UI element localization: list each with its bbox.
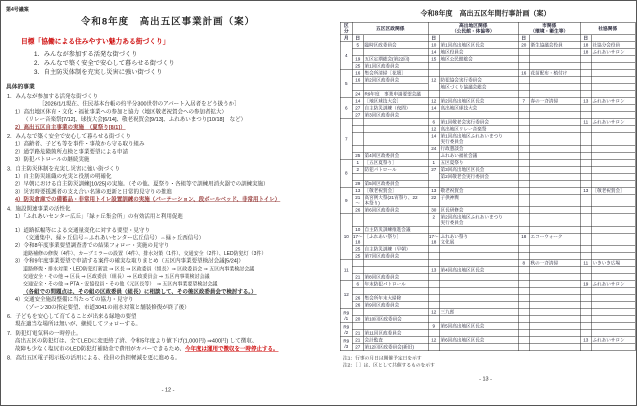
text-segment: 1）高齢者、子ども等を事件・事故から守る取り組み <box>15 141 145 147</box>
note-line: 注2：［ ］は、区として共催するものを示す <box>343 362 636 369</box>
event-cell: ふれあいサロン <box>591 281 635 288</box>
page-title-left: 令和8年度 高出五区事業計画（案） <box>1 14 335 28</box>
table-row: R9/321会計監査12第6回高出地区区長会13ふれあいサロン <box>340 337 635 344</box>
event-cell <box>591 194 635 207</box>
event-cell <box>591 330 635 337</box>
event-cell <box>529 274 580 281</box>
event-cell <box>591 173 635 180</box>
day-cell: 12 <box>428 126 439 133</box>
event-cell <box>529 173 580 180</box>
day-cell: 2 <box>428 214 439 227</box>
day-cell: 18 <box>580 42 591 49</box>
text-segment: 高出五区の防犯灯は、全てLEDに変更終了済、令和5年度より値下げ(1,000円)… <box>15 338 257 344</box>
day-cell <box>352 133 363 146</box>
event-cell: 行政懇談会 <box>439 145 518 152</box>
day-cell <box>518 323 529 330</box>
table-row: 25自主防災訓練（早朝） <box>340 246 635 253</box>
event-cell <box>363 145 428 152</box>
event-cell: ［五区夏祭り］ <box>363 159 428 166</box>
text-line: 2）高出五区自主事業の実施 （夏祭り[8/1]） <box>1 124 335 132</box>
event-cell: 第2回敬老会実行委員会 <box>439 173 518 180</box>
text-segment: 道路修復・排水対策・LED防犯灯新設 ⇒ 区長 ⇒ 区政委員（組長）⇒ 区政委員… <box>23 266 254 272</box>
text-segment: 7．防犯灯電気料の一時停止。 <box>7 330 82 336</box>
event-cell: 第4回高出地区区長会 <box>439 267 518 274</box>
sub-header-row: 月日日日日 <box>340 35 635 42</box>
day-cell: 12 <box>428 309 439 316</box>
event-cell <box>439 260 518 267</box>
day-cell: 14 <box>428 49 439 56</box>
event-cell <box>591 56 635 63</box>
text-segment: （各組での問題点は、その組の区政委員（組長）に相談して、その後区政委員会で検討す… <box>23 289 257 295</box>
day-cell <box>580 145 591 152</box>
event-cell <box>529 288 580 295</box>
text-line: 4）防災倉庫での備蓄品・非常用トイレ設置訓練の実施（パーテーション、段ボールベッ… <box>1 196 335 204</box>
day-cell <box>518 316 529 323</box>
page-number-left: - 12 - <box>1 387 335 393</box>
month-cell: R9/1 <box>340 309 352 323</box>
section-heading: 具体的事業 <box>6 83 335 91</box>
day-cell <box>428 63 439 70</box>
day-cell: 11 <box>580 260 591 267</box>
text-segment: 1）「ふれあいセンター広丘」「緑ヶ丘集会所」の有効活用と利用促進 <box>15 214 183 220</box>
table-row: 地区づくり協議会総会 <box>340 84 635 91</box>
event-cell <box>529 337 580 344</box>
event-cell: R9年度 事業申請要望会議 <box>363 91 428 98</box>
column-header: 高出地区関係（公民館・体協等） <box>428 22 518 35</box>
event-cell: 第4回区政委員会 <box>363 152 428 159</box>
day-cell <box>518 159 529 166</box>
text-line: 3．自主防災体制を充実し災害に強い街づくり <box>1 165 335 173</box>
table-row: 913［敬老祝賀会］13敬老祝賀会13［敬老祝賀会］ <box>340 187 635 194</box>
event-cell <box>591 152 635 159</box>
event-cell: 第3回区政委員会 <box>363 112 428 119</box>
text-segment: 3）防犯パトロールの継続実施 <box>15 157 89 163</box>
day-cell <box>580 112 591 119</box>
event-cell: 第10回区政委員会 <box>363 316 428 323</box>
event-cell: 衛生協議会役員 <box>529 42 580 49</box>
day-cell <box>518 194 529 207</box>
event-cell <box>529 295 580 302</box>
day-cell: 26 <box>352 207 363 214</box>
day-cell <box>518 302 529 309</box>
day-cell <box>580 77 591 84</box>
day-cell: 6 <box>428 119 439 126</box>
event-cell <box>363 323 428 330</box>
day-cell: 6 <box>352 281 363 288</box>
text-line: 1）高齢者、子ども等を事件・事故から守る取り組み <box>1 141 335 149</box>
day-cell: 13 <box>580 98 591 105</box>
day-cell: 25 <box>352 246 363 253</box>
column-header: 区分 <box>340 22 352 35</box>
event-cell <box>363 288 428 295</box>
event-cell: 第12回区政委員会(新旧) <box>363 344 428 351</box>
month-cell: 11 <box>340 260 352 281</box>
event-cell <box>529 152 580 159</box>
text-segment: （ゾーン30の指定要望、市道3041の雨水対策と舗装修復が終了後） <box>23 304 190 310</box>
day-cell <box>580 226 591 233</box>
day-cell <box>580 70 591 77</box>
table-row: 17～18［ふれあい祭り］17～18ふれあい祭り文化展18エコーウォーク <box>340 233 635 246</box>
day-cell <box>428 281 439 288</box>
day-cell <box>518 112 529 119</box>
day-cell: 11 <box>580 119 591 126</box>
event-cell <box>529 281 580 288</box>
day-cell: 13 <box>580 337 591 344</box>
annual-schedule-table: 区分五区区政関係高出地区関係（公民館・体協等）市関係（環境・衛生等）社協関係月日… <box>340 22 636 351</box>
event-cell <box>363 126 428 133</box>
day-cell <box>352 145 363 152</box>
event-cell <box>591 302 635 309</box>
text-line: （各組での問題点は、その組の区政委員（組長）に相談して、その後区政委員会で検討す… <box>1 288 335 296</box>
day-cell: 17～18 <box>428 233 439 246</box>
sub-header-cell <box>363 35 428 42</box>
event-cell: 花苗配布・植付け <box>529 70 580 77</box>
table-notes: 注1：行事の月日は開催予定日を示す注2：［ ］は、区として共催するものを示す <box>343 355 636 369</box>
day-cell <box>428 226 439 233</box>
day-cell <box>352 323 363 330</box>
event-cell <box>363 260 428 267</box>
table-row: 16第2回区政委員会12防犯協会実行委員会 <box>340 77 635 84</box>
day-cell <box>428 152 439 159</box>
sub-header-cell <box>529 35 580 42</box>
event-cell <box>439 274 518 281</box>
event-cell: 第1回高出地区区長会 <box>439 42 518 49</box>
day-cell <box>580 344 591 351</box>
text-line: 8．高出五区電子掲示板の活用による、役員の負担軽減を更に進める。 <box>1 355 335 363</box>
day-cell: 20 <box>352 316 363 323</box>
event-cell <box>591 267 635 274</box>
day-cell <box>580 233 591 246</box>
event-cell: 第2回高出地区ふれあいまつり実行委員会 <box>439 214 518 227</box>
month-cell: 12 <box>340 281 352 309</box>
sub-header-cell <box>591 35 635 42</box>
event-cell: 年末防犯パトロール <box>363 281 428 288</box>
day-cell: 14 <box>428 133 439 146</box>
text-segment: 2）早朝における自主防災訓練[10/25]の実施。（その他、夏祭り・各組等で訓練… <box>15 181 269 187</box>
text-segment: 現在適当な場所は無いが、継続してフォローする。 <box>15 321 141 327</box>
day-cell <box>580 63 591 70</box>
event-cell <box>591 246 635 253</box>
event-cell <box>529 91 580 98</box>
table-row: 2防犯パトロール27第3回高出地区区長会 <box>340 166 635 173</box>
day-cell <box>518 56 529 63</box>
table-row: 81［五区夏祭り］1五区夏祭り <box>340 159 635 166</box>
event-cell <box>591 77 635 84</box>
text-line: （リレー音楽祭[7/12]、球技大会[6/14]、敬老祝賀会[9/13]、ふれあ… <box>1 116 335 124</box>
event-cell <box>529 207 580 214</box>
day-cell <box>580 253 591 260</box>
text-segment: 交通安全・その他 ⇒ 区長 ⇒ 区政委員（組長）⇒ 区政委員会 ⇒ 五区内事業検… <box>23 274 209 280</box>
day-cell <box>580 267 591 274</box>
table-row: 24行政懇談会 <box>340 145 635 152</box>
event-cell: 自主防災訓練（夜間） <box>363 105 428 112</box>
day-cell <box>518 91 529 98</box>
day-cell: 25 <box>352 152 363 159</box>
text-segment: 1）高出地区体育・文化・福祉事業への参加と協力（地区敬老祝賀会への参加者拡大） <box>15 109 227 115</box>
day-cell <box>352 126 363 133</box>
day-cell <box>518 145 529 152</box>
event-cell <box>529 119 580 126</box>
event-cell: ふれあいサロン <box>591 119 635 126</box>
event-cell <box>529 56 580 63</box>
day-cell <box>518 330 529 337</box>
event-cell: 第8回区政委員会 <box>363 274 428 281</box>
day-cell <box>428 295 439 302</box>
day-cell: 25 <box>352 63 363 70</box>
day-cell <box>580 330 591 337</box>
sub-header-cell: 日 <box>428 35 439 42</box>
table-row: R9/112三九郎 <box>340 309 635 316</box>
event-cell <box>529 166 580 173</box>
event-cell <box>529 112 580 119</box>
text-line: 1）高出地区体育・文化・福祉事業への参加と協力（地区敬老祝賀会への参加者拡大） <box>1 108 335 116</box>
day-cell: 7 <box>518 98 529 105</box>
text-segment: 6．子どもを安心して育てることが出来る緑地の要望 <box>7 313 137 319</box>
day-cell: 24 <box>428 145 439 152</box>
day-cell: 18 <box>518 233 529 246</box>
event-cell <box>363 49 428 56</box>
day-cell <box>428 91 439 98</box>
day-cell <box>580 173 591 180</box>
day-cell <box>518 152 529 159</box>
page-13: 令和8年度 高出五区年間行事計画（案） 区分五区区政関係高出地区関係（公民館・体… <box>335 1 636 405</box>
event-cell <box>591 226 635 233</box>
table-row: 27自主防災訓練（夜間）14高出地区球技大会 <box>340 105 635 112</box>
event-cell <box>439 112 518 119</box>
day-cell <box>428 274 439 281</box>
event-cell: ふれあい福祉会議 <box>439 152 518 159</box>
event-cell <box>363 133 428 146</box>
text-segment: 2．みんなで築く安全で安心して暮らせる街づくり <box>7 134 131 140</box>
table-row: 26集会所年末大掃除 <box>340 295 635 302</box>
day-cell <box>580 309 591 316</box>
event-cell: 地区役員会 <box>439 49 518 56</box>
day-cell: 14 <box>352 98 363 105</box>
day-cell <box>428 180 439 187</box>
event-cell <box>529 126 580 133</box>
table-row: 516集会所清掃［花壇］16花苗配布・植付け <box>340 70 635 77</box>
event-cell: 第9回区政委員会 <box>363 302 428 309</box>
page-12: 第4号議案 令和8年度 高出五区事業計画（案） 目標「協働による住みやすい魅力あ… <box>1 1 335 405</box>
event-cell: ふれあいサロン <box>591 49 635 56</box>
day-cell: 21 <box>352 330 363 337</box>
day-cell <box>428 260 439 267</box>
event-cell: エコーウォーク <box>529 233 580 246</box>
day-cell <box>428 112 439 119</box>
day-cell: 10 <box>428 42 439 49</box>
text-line: 6．子どもを安心して育てることが出来る緑地の要望 <box>1 313 335 321</box>
day-cell: 16 <box>352 70 363 77</box>
day-cell <box>518 126 529 133</box>
day-cell: 12 <box>428 77 439 91</box>
day-cell: 27 <box>428 166 439 180</box>
day-cell <box>518 246 529 253</box>
event-cell: 会計監査 <box>363 337 428 344</box>
day-cell: 21 <box>352 274 363 281</box>
event-cell <box>591 63 635 70</box>
table-row: 19五区定期総会(第22回)15地区公民館総会 <box>340 56 635 63</box>
table-row: 21～高宮例大祭(21宵祭り、22本祭り)22子供神輿 <box>340 194 635 207</box>
event-cell: 第1回区政委員会 <box>363 63 428 70</box>
day-cell <box>428 316 439 323</box>
table-row: 45臨時区政委員会10第1回高出地区区長会20衛生協議会役員18社協分会役員 <box>340 42 635 49</box>
text-line: 2）早朝における自主防災訓練[10/25]の実施。（その他、夏祭り・各組等で訓練… <box>1 181 335 189</box>
day-cell <box>518 288 529 295</box>
event-cell <box>529 63 580 70</box>
table-row: 76第1回敬老会実行委員会11ふれあいサロン <box>340 119 635 126</box>
event-cell <box>529 344 580 351</box>
month-cell: 4 <box>340 42 352 70</box>
sub-header-cell: 月 <box>340 35 352 42</box>
day-cell: 26 <box>352 302 363 309</box>
goal-item: 1．みんなが参加する活発な街づくり <box>34 50 335 59</box>
event-cell <box>591 180 635 187</box>
event-cell: いきいき広場 <box>591 260 635 267</box>
text-segment: 4．施設関連事業の活性化 <box>7 206 71 212</box>
event-cell <box>439 70 518 77</box>
day-cell: 16 <box>518 70 529 77</box>
event-cell <box>591 126 635 133</box>
event-cell <box>529 267 580 274</box>
event-cell <box>363 84 428 91</box>
event-cell <box>591 274 635 281</box>
day-cell <box>352 260 363 267</box>
text-line: 3）令和9年度事業要望で申請する案件の確実な取りまとめ（五区内事業要望検討会議[… <box>1 258 335 266</box>
event-cell <box>591 133 635 146</box>
month-cell: 10 <box>340 214 352 260</box>
text-line: 2）通学路危険箇所点検と事業要望による申請 <box>1 148 335 156</box>
table-row: 24R9年度 事業申請要望会議 <box>340 91 635 98</box>
day-cell <box>352 49 363 56</box>
day-cell <box>428 70 439 77</box>
table-row: 20第10回区政委員会 <box>340 316 635 323</box>
event-cell: ［敬老祝賀会］ <box>591 187 635 194</box>
event-cell <box>591 159 635 166</box>
day-cell <box>518 173 529 180</box>
month-cell: 5 <box>340 70 352 98</box>
day-cell <box>428 288 439 295</box>
column-header: 五区区政関係 <box>352 22 428 35</box>
table-row: 14地区役員会18ふれあいサロン <box>340 49 635 56</box>
day-cell <box>580 288 591 295</box>
day-cell <box>518 309 529 316</box>
event-cell: 第11回区政委員会 <box>363 330 428 337</box>
event-cell <box>529 316 580 323</box>
day-cell <box>428 344 439 351</box>
day-cell <box>428 302 439 309</box>
text-segment: 3．自主防災体制を充実し災害に強い街づくり <box>7 166 120 172</box>
day-cell <box>352 214 363 227</box>
event-cell: 集会所清掃［花壇］ <box>363 70 428 77</box>
day-cell: 19 <box>580 281 591 288</box>
page-title-right: 令和8年度 高出五区年間行事計画（案） <box>335 8 636 18</box>
text-line: 交通安全・その他 ⇒ 区長 ⇒ 区政委員（組長）⇒ 区政委員会 ⇒ 五区内事業検… <box>1 273 335 281</box>
day-cell <box>580 56 591 63</box>
day-cell <box>518 207 529 214</box>
day-cell <box>518 180 529 187</box>
text-line: 1．みんなが参加する活発な街づくり <box>1 93 335 101</box>
text-line: （交通集中、緑ヶ丘信号⇔ふれあいセンター広丘信号）⇔緑ヶ丘西信号） <box>1 234 335 242</box>
event-cell <box>363 173 428 180</box>
text-segment: （交通集中、緑ヶ丘信号⇔ふれあいセンター広丘信号）⇔緑ヶ丘西信号） <box>23 235 204 241</box>
event-cell: 自主防災訓練（早朝） <box>363 246 428 253</box>
day-cell: 17～18 <box>352 233 363 246</box>
event-cell: 社協分会役員 <box>591 42 635 49</box>
day-cell <box>580 105 591 112</box>
page-number-right: - 13 - <box>335 376 636 382</box>
day-cell <box>518 133 529 146</box>
day-cell: 8 <box>518 260 529 267</box>
event-cell: 三九郎 <box>439 309 518 316</box>
event-cell <box>591 214 635 227</box>
table-row: 102第2回高出地区ふれあいまつり実行委員会 <box>340 214 635 227</box>
text-line: 2．みんなで築く安全で安心して暮らせる街づくり <box>1 133 335 141</box>
event-cell <box>591 112 635 119</box>
text-segment: 交通安全・その他 ⇒ PTA・安協役員・その他（元区長等） ⇒ 五区内事業要望検… <box>23 282 217 288</box>
day-cell <box>580 295 591 302</box>
text-line: 7．防犯灯電気料の一時停止。 <box>1 330 335 338</box>
day-cell: 21～ <box>352 194 363 207</box>
table-row: 29第5回区政委員会 <box>340 180 635 187</box>
text-segment: 2）通学路危険箇所点検と事業要望による申請 <box>15 149 128 155</box>
event-cell: 第5回区政委員会 <box>363 180 428 187</box>
day-cell <box>580 316 591 323</box>
day-cell: 13 <box>352 187 363 194</box>
day-cell <box>352 267 363 274</box>
table-row: 21第11回区政委員会 <box>340 330 635 337</box>
day-cell: 27 <box>352 105 363 112</box>
text-segment: 4）防災倉庫での備蓄品・非常用トイレ設置訓練の実施（パーテーション、段ボールベッ… <box>15 197 280 203</box>
text-segment: 2）高出五区自主事業の実施 （夏祭り[8/1]） <box>15 124 126 130</box>
text-segment: 3）災害時要援護者の支え合い名簿の更新と日常的見守りの推進 <box>15 189 172 195</box>
day-cell: 16 <box>352 77 363 84</box>
day-cell: 13 <box>580 187 591 194</box>
event-cell: 秋の一斉清掃 <box>529 260 580 267</box>
event-cell: 第1回敬老会実行委員会 <box>439 119 518 126</box>
event-cell: 地区づくり協議会総会 <box>439 84 518 91</box>
day-cell <box>518 344 529 351</box>
day-cell <box>518 267 529 274</box>
day-cell: 30 <box>428 207 439 214</box>
event-cell <box>529 159 580 166</box>
event-cell <box>591 295 635 302</box>
day-cell <box>580 194 591 207</box>
day-cell <box>352 288 363 295</box>
sub-header-cell <box>439 35 518 42</box>
event-cell: 五区定期総会(第22回) <box>363 56 428 63</box>
month-cell: 9 <box>340 187 352 214</box>
day-cell: 12 <box>428 98 439 105</box>
event-cell <box>529 77 580 84</box>
event-cell: 第2回高出地区区長会 <box>439 98 518 105</box>
day-cell: 25 <box>352 253 363 260</box>
event-cell <box>529 145 580 152</box>
day-cell: 1 <box>352 159 363 166</box>
day-cell: 2 <box>352 166 363 173</box>
event-cell <box>591 288 635 295</box>
text-segment: 今年度は運用で徴収を一時停止する。 <box>185 346 279 352</box>
day-cell <box>580 180 591 187</box>
event-cell <box>591 207 635 214</box>
day-cell: 26 <box>352 295 363 302</box>
table-row: 118秋の一斉清掃11いきいき広場 <box>340 260 635 267</box>
doc-number: 第4号議案 <box>6 5 29 13</box>
event-cell <box>439 226 518 233</box>
day-cell <box>352 173 363 180</box>
column-header: 社協関係 <box>580 22 635 35</box>
event-cell <box>529 226 580 233</box>
event-cell <box>591 105 635 112</box>
